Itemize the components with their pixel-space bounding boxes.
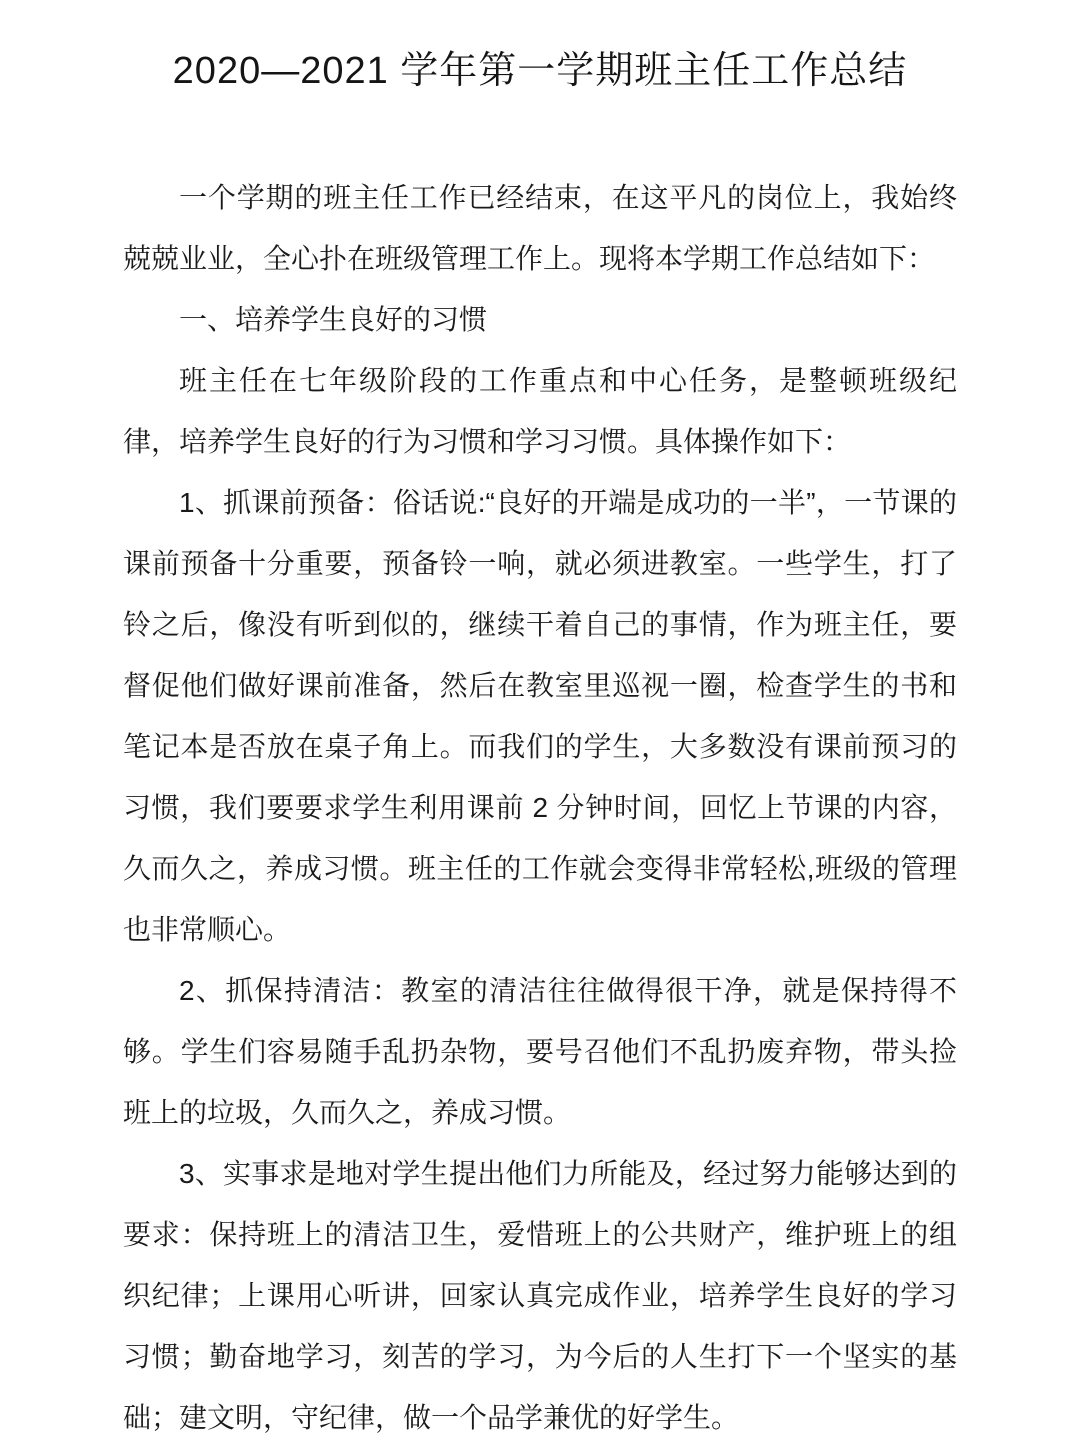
paragraph-point-3: 3、实事求是地对学生提出他们力所能及，经过努力能够达到的要求：保持班上的清洁卫生… (123, 1143, 957, 1440)
document-title: 2020—2021 学年第一学期班主任工作总结 (123, 46, 957, 96)
document-page: 2020—2021 学年第一学期班主任工作总结 一个学期的班主任工作已经结束，在… (0, 0, 1080, 1440)
paragraph-section-overview: 班主任在七年级阶段的工作重点和中心任务，是整顿班级纪律，培养学生良好的行为习惯和… (123, 350, 957, 472)
paragraph-intro: 一个学期的班主任工作已经结束，在这平凡的岗位上，我始终兢兢业业，全心扑在班级管理… (123, 167, 957, 289)
paragraph-point-1: 1、抓课前预备：俗话说:“良好的开端是成功的一半”，一节课的课前预备十分重要，预… (123, 472, 957, 960)
paragraph-point-2: 2、抓保持清洁：教室的清洁往往做得很干净，就是保持得不够。学生们容易随手乱扔杂物… (123, 960, 957, 1143)
section-heading-1: 一、培养学生良好的习惯 (123, 289, 957, 350)
